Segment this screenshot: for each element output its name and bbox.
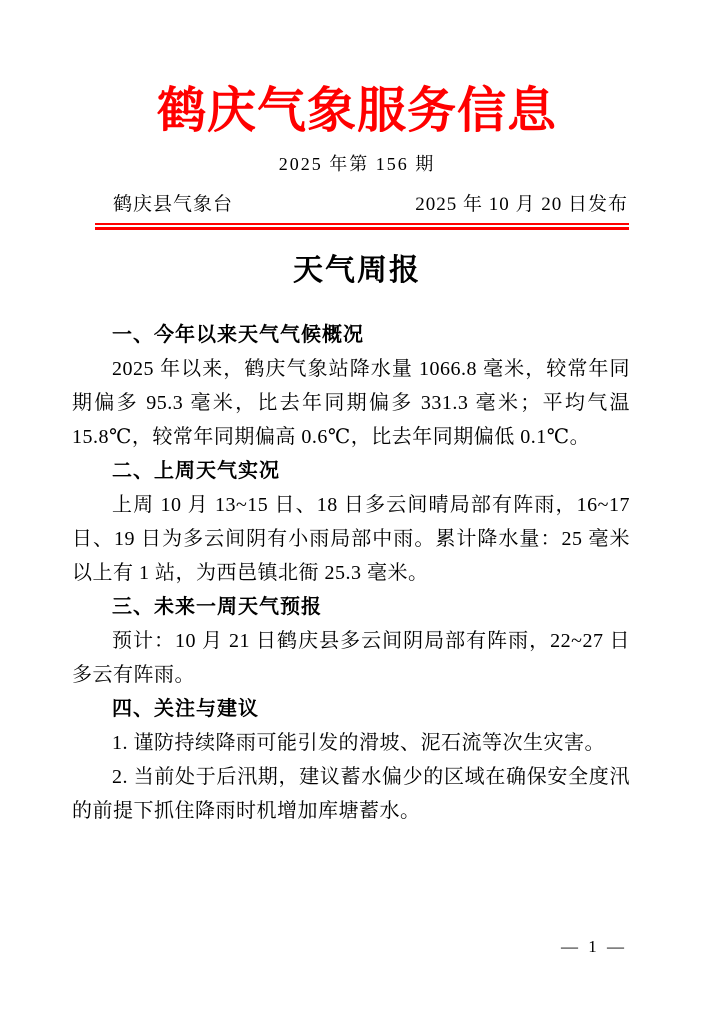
header-divider bbox=[95, 223, 629, 230]
masthead-title: 鹤庆气象服务信息 bbox=[0, 0, 714, 140]
paragraph: 2. 当前处于后汛期，建议蓄水偏少的区域在确保安全度汛的前提下抓住降雨时机增加库… bbox=[72, 760, 630, 828]
document-page: 鹤庆气象服务信息 2025 年第 156 期 鹤庆县气象台 2025 年 10 … bbox=[0, 0, 714, 1010]
section-heading-last-week: 二、上周天气实况 bbox=[72, 454, 630, 488]
section-heading-suggestions: 四、关注与建议 bbox=[72, 692, 630, 726]
doc-title: 天气周报 bbox=[0, 250, 714, 292]
paragraph: 1. 谨防持续降雨可能引发的滑坡、泥石流等次生灾害。 bbox=[72, 726, 630, 760]
section-heading-overview: 一、今年以来天气气候概况 bbox=[72, 318, 630, 352]
paragraph: 2025 年以来，鹤庆气象站降水量 1066.8 毫米，较常年同期偏多 95.3… bbox=[72, 352, 630, 454]
issuer-row: 鹤庆县气象台 2025 年 10 月 20 日发布 bbox=[113, 192, 628, 218]
paragraph: 预计：10 月 21 日鹤庆县多云间阴局部有阵雨，22~27 日多云有阵雨。 bbox=[72, 624, 630, 692]
section-heading-forecast: 三、未来一周天气预报 bbox=[72, 590, 630, 624]
document-body: 一、今年以来天气气候概况 2025 年以来，鹤庆气象站降水量 1066.8 毫米… bbox=[72, 318, 630, 828]
page-number: — 1 — bbox=[561, 936, 627, 958]
publish-date: 2025 年 10 月 20 日发布 bbox=[415, 192, 628, 218]
issuer-name: 鹤庆县气象台 bbox=[113, 192, 233, 218]
paragraph: 上周 10 月 13~15 日、18 日多云间晴局部有阵雨，16~17 日、19… bbox=[72, 488, 630, 590]
issue-number: 2025 年第 156 期 bbox=[0, 152, 714, 176]
